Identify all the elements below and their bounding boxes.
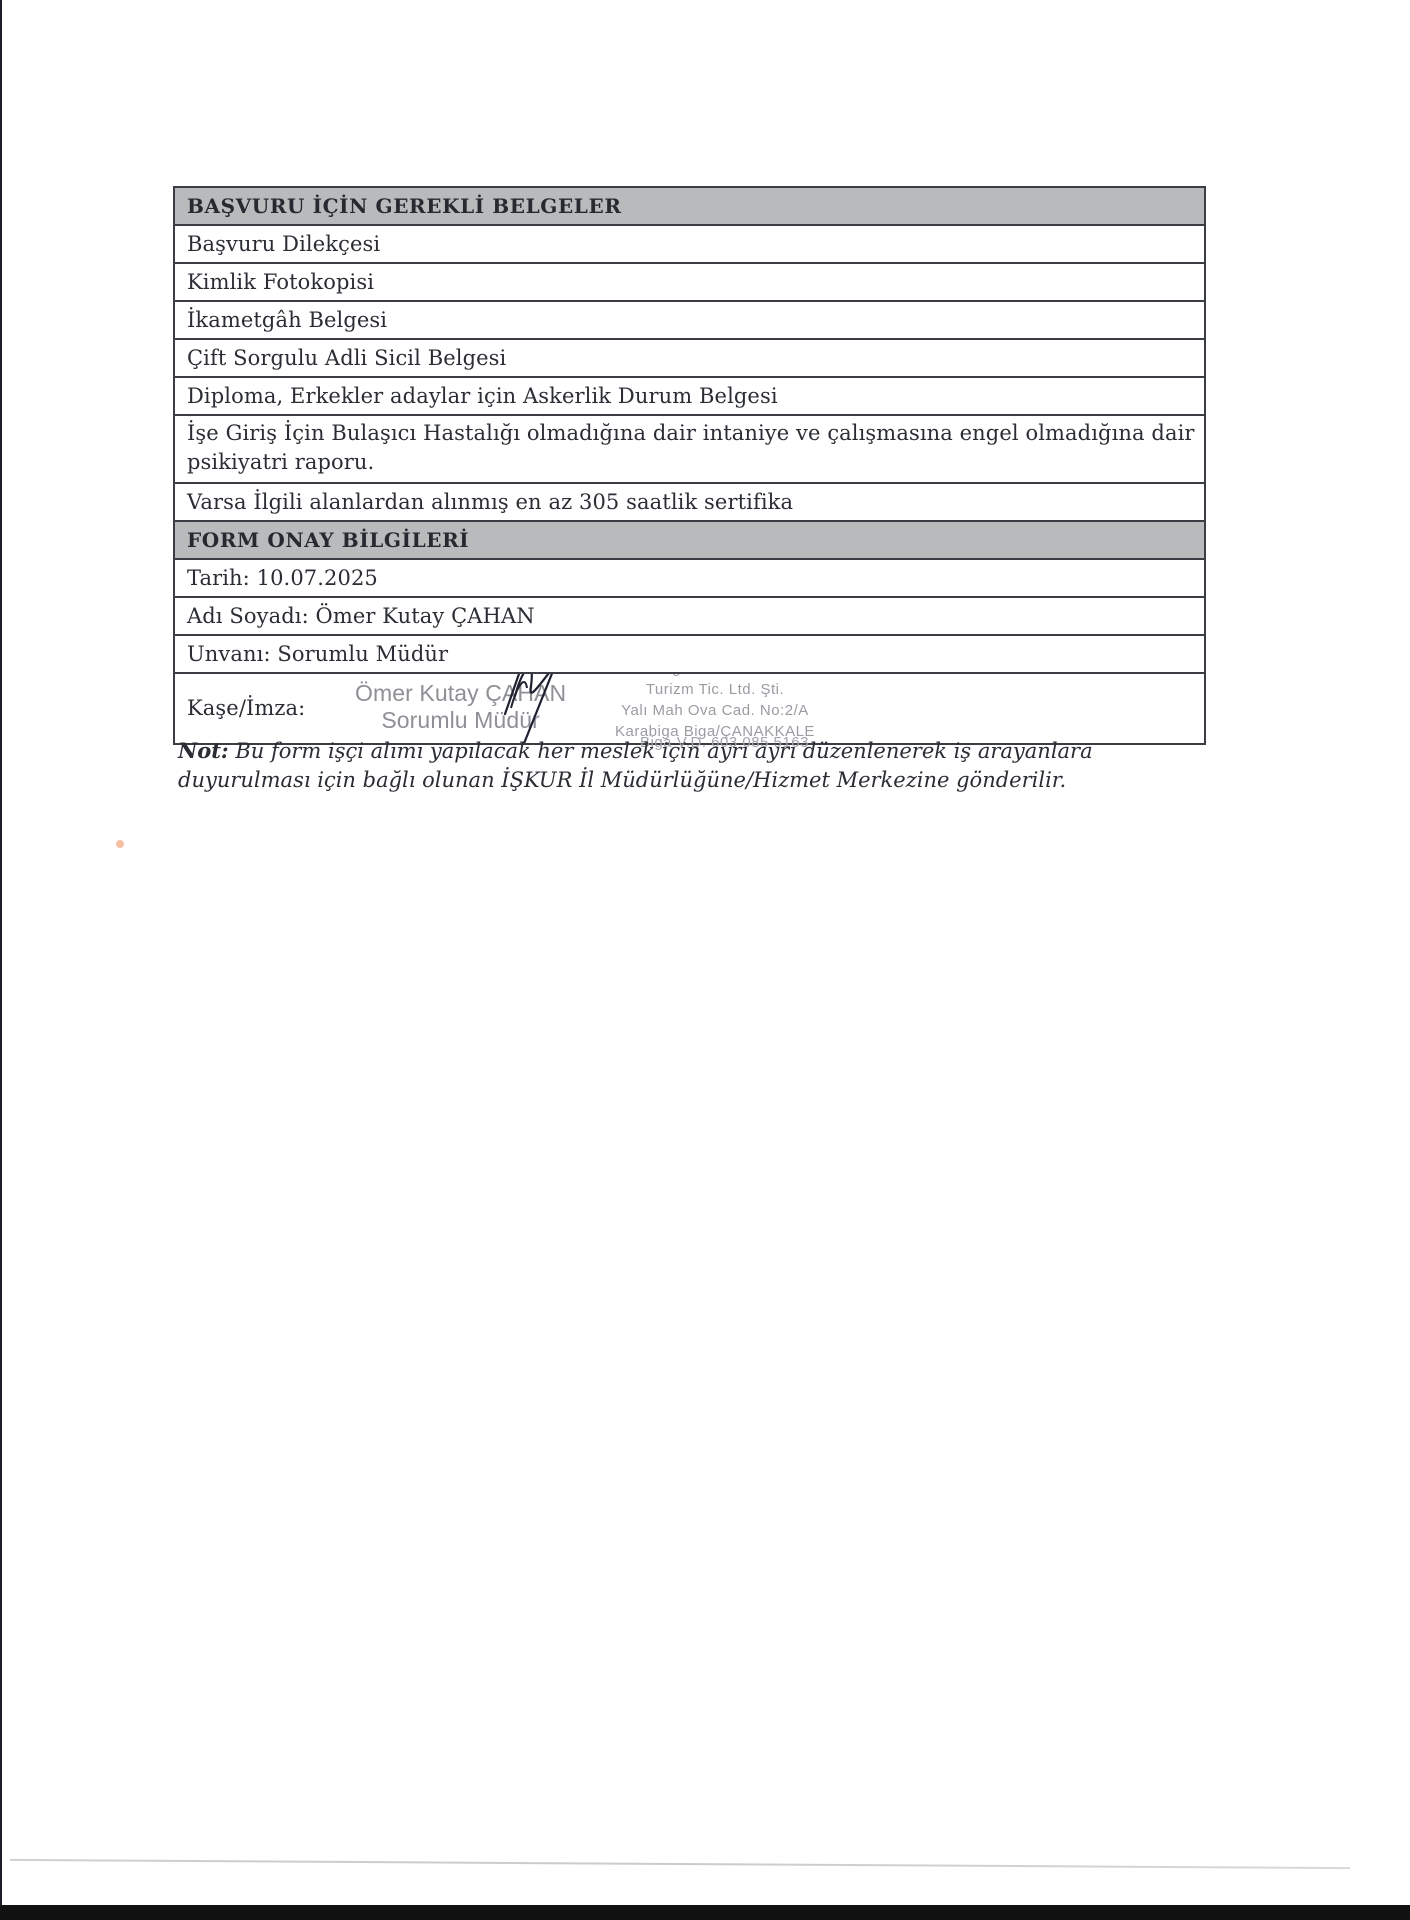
stamp-person-name: Ömer Kutay ÇAHAN <box>355 680 566 707</box>
section-header-approval: FORM ONAY BİLGİLERİ <box>175 522 1204 560</box>
document-item: Kimlik Fotokopisi <box>175 264 1204 302</box>
scan-bottom-edge <box>0 1905 1410 1920</box>
stamp-person: Ömer Kutay ÇAHAN Sorumlu Müdür <box>355 680 566 734</box>
footnote: Not: Bu form işçi alımı yapılacak her me… <box>178 736 1178 795</box>
approval-date: Tarih: 10.07.2025 <box>175 560 1204 598</box>
scan-page-edge <box>0 0 2 1905</box>
document-item: Çift Sorgulu Adli Sicil Belgesi <box>175 340 1204 378</box>
scan-artifact-line <box>10 1859 1350 1869</box>
stamp-label: Kaşe/İmza: <box>187 696 305 720</box>
form-table: BAŞVURU İÇİN GEREKLİ BELGELER Başvuru Di… <box>173 186 1206 745</box>
scan-speck <box>116 840 124 848</box>
approval-title: Unvanı: Sorumlu Müdür <box>175 636 1204 674</box>
company-stamp: Karabiga Kent Hizmetleri Turizm Tic. Ltd… <box>615 674 815 742</box>
approval-stamp-signature: Kaşe/İmza: Ömer Kutay ÇAHAN Sorumlu Müdü… <box>175 674 1204 743</box>
document-item: İşe Giriş İçin Bulaşıcı Hastalığı olmadı… <box>175 416 1204 484</box>
footnote-text: Bu form işçi alımı yapılacak her meslek … <box>178 739 1093 792</box>
stamp-company-line: Yalı Mah Ova Cad. No:2/A <box>615 700 815 721</box>
document-item: Başvuru Dilekçesi <box>175 226 1204 264</box>
stamp-person-role: Sorumlu Müdür <box>355 707 566 734</box>
section-header-required-documents: BAŞVURU İÇİN GEREKLİ BELGELER <box>175 188 1204 226</box>
footnote-label: Not: <box>178 738 229 763</box>
stamp-company-line: Turizm Tic. Ltd. Şti. <box>615 679 815 700</box>
document-item: İkametgâh Belgesi <box>175 302 1204 340</box>
document-item: Varsa İlgili alanlardan alınmış en az 30… <box>175 484 1204 522</box>
document-item: Diploma, Erkekler adaylar için Askerlik … <box>175 378 1204 416</box>
approval-name: Adı Soyadı: Ömer Kutay ÇAHAN <box>175 598 1204 636</box>
